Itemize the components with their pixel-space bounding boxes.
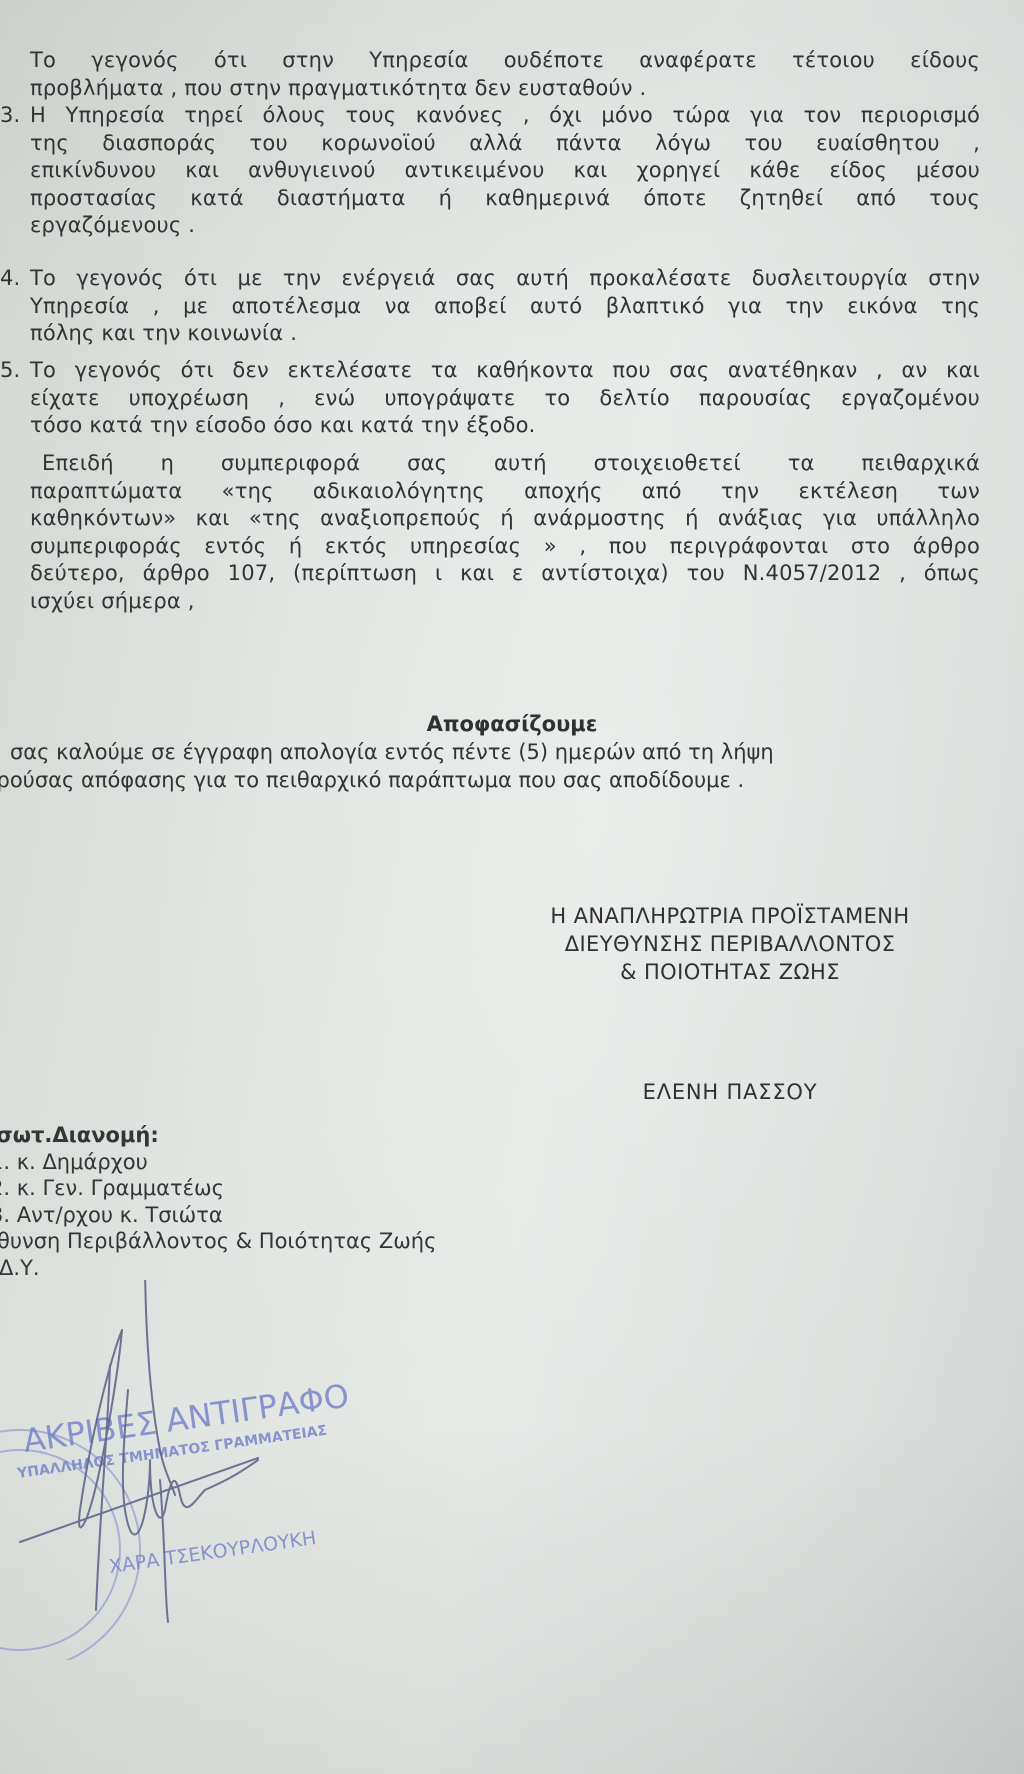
- text-line: Επειδή η συμπεριφορά σας αυτή στοιχειοθε…: [30, 450, 980, 478]
- text-line: παραπτώματα «της αδικαιολόγητης αποχής α…: [30, 478, 980, 506]
- text-line: Υπηρεσία , με αποτέλεσμα να αποβεί αυτό …: [30, 293, 980, 321]
- text-line: παρούσας απόφασης για το πειθαρχικό παρά…: [0, 766, 970, 794]
- list-marker: 4.: [0, 265, 22, 293]
- distribution-item: Διεύθυνση Περιβάλλοντος & Ποιότητας Ζωής: [0, 1228, 520, 1255]
- reasoning-paragraph: Επειδή η συμπεριφορά σας αυτή στοιχειοθε…: [30, 450, 980, 615]
- text-line: καθηκόντων» και «της αναξιοπρεπούς ή ανά…: [30, 505, 980, 533]
- paragraph-5: 5. Το γεγονός ότι δεν εκτελέσατε τα καθή…: [30, 357, 980, 440]
- distribution-item: 1. κ. Δημάρχου: [0, 1149, 520, 1176]
- text-line: συμπεριφοράς εντός ή εκτός υπηρεσίας » ,…: [30, 533, 980, 561]
- decision-title: Αποφασίζουμε: [0, 712, 1024, 736]
- paragraph-3: 3. Η Υπηρεσία τηρεί όλους τους κανόνες ,…: [30, 102, 980, 240]
- distribution-item: 2. κ. Γεν. Γραμματέως: [0, 1175, 520, 1202]
- certified-copy-stamp: ΧΑΡΑ ΤΣΕΚΟΥΡΛΟΥΚΗ ΑΚΡΙΒΕΣ ΑΝΤΙΓΡΑΦΟ ΥΠΑΛ…: [0, 1280, 520, 1660]
- text-line: είχατε υποχρέωση , ενώ υπογράψατε το δελ…: [30, 385, 980, 413]
- text-line: Το γεγονός ότι στην Υπηρεσία ουδέποτε αν…: [30, 47, 980, 75]
- text-line: Το γεγονός ότι δεν εκτελέσατε τα καθήκον…: [30, 357, 980, 385]
- text-line: προβλήματα , που στην πραγματικότητα δεν…: [30, 75, 980, 103]
- text-line: της διασποράς του κορωνοϊού αλλά πάντα λ…: [30, 130, 980, 158]
- distribution-heading: Εσωτ.Διανομή:: [0, 1122, 520, 1149]
- text-line: προστασίας κατά διαστήματα ή καθημερινά …: [30, 185, 980, 213]
- text-line: επικίνδυνου και ανθυγιεινού αντικειμένου…: [30, 157, 980, 185]
- decision-text: σας καλούμε σε έγγραφη απολογία εντός πέ…: [0, 738, 970, 794]
- list-marker: 5.: [0, 357, 22, 385]
- signatory-title-line: & ΠΟΙΟΤΗΤΑΣ ΖΩΗΣ: [500, 958, 960, 986]
- paragraph-4: 4. Το γεγονός ότι με την ενέργειά σας αυ…: [30, 265, 980, 348]
- text-line: τόσο κατά την είσοδο όσο και κατά την έξ…: [30, 412, 980, 440]
- signatory-title: Η ΑΝΑΠΛΗΡΩΤΡΙΑ ΠΡΟΪΣΤΑΜΕΝΗ ΔΙΕΥΘΥΝΣΗΣ ΠΕ…: [500, 902, 960, 986]
- text-line: εργαζόμενους .: [30, 212, 980, 240]
- signatory-title-line: Η ΑΝΑΠΛΗΡΩΤΡΙΑ ΠΡΟΪΣΤΑΜΕΝΗ: [500, 902, 960, 930]
- text-line: ισχύει σήμερα ,: [30, 588, 980, 616]
- distribution-item: Δ.Δ.Υ.: [0, 1255, 520, 1282]
- text-line: Το γεγονός ότι με την ενέργειά σας αυτή …: [30, 265, 980, 293]
- text-line: πόλης και την κοινωνία .: [30, 320, 980, 348]
- internal-distribution: Εσωτ.Διανομή: 1. κ. Δημάρχου 2. κ. Γεν. …: [0, 1122, 520, 1281]
- signatory-name: ΕΛΕΝΗ ΠΑΣΣΟΥ: [500, 1080, 960, 1104]
- text-line: σας καλούμε σε έγγραφη απολογία εντός πέ…: [10, 738, 970, 766]
- distribution-item: 3. Αντ/ρχου κ. Τσιώτα: [0, 1202, 520, 1229]
- list-marker: 3.: [0, 102, 22, 130]
- text-line: Η Υπηρεσία τηρεί όλους τους κανόνες , όχ…: [30, 102, 980, 130]
- paragraph-2-continuation: Το γεγονός ότι στην Υπηρεσία ουδέποτε αν…: [30, 47, 980, 102]
- signatory-title-line: ΔΙΕΥΘΥΝΣΗΣ ΠΕΡΙΒΑΛΛΟΝΤΟΣ: [500, 930, 960, 958]
- text-line: δεύτερο, άρθρο 107, (περίπτωση ι και ε α…: [30, 560, 980, 588]
